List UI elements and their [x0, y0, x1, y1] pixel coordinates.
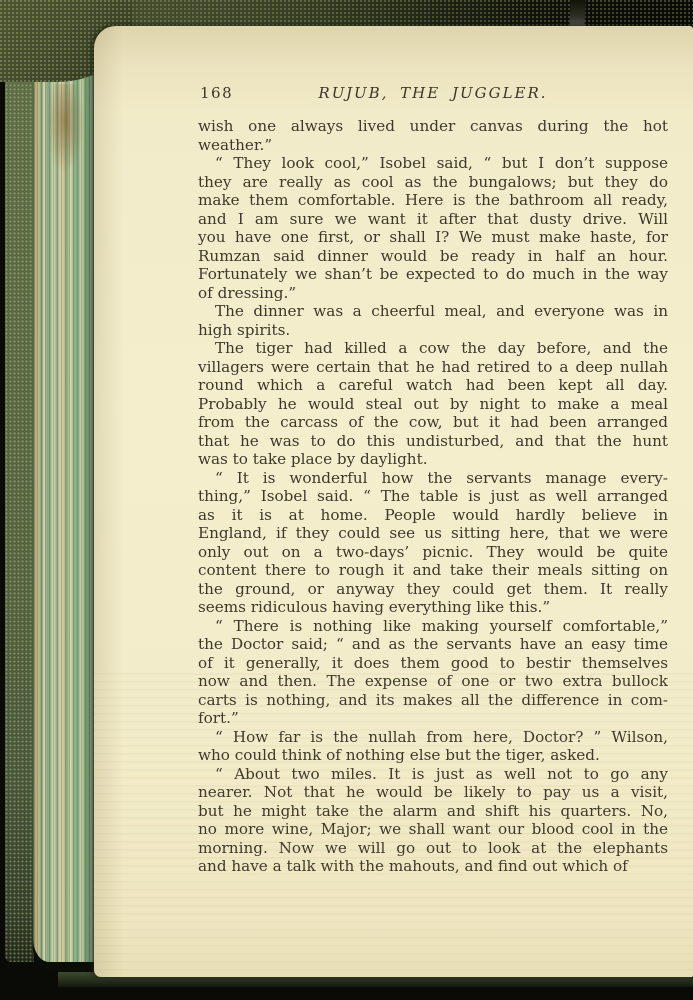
text-line: Rumzan said dinner would be ready in hal… [198, 247, 668, 266]
text-line: was to take place by daylight. [198, 450, 668, 469]
text-line: “ They look cool,” Isobel said, “ but I … [198, 154, 668, 173]
text-line: as it is at home. People would hardly be… [198, 506, 668, 525]
page-header: 168 RUJUB, THE JUGGLER. [198, 84, 668, 106]
text-line: that he was to do this undisturbed, and … [198, 432, 668, 451]
text-line: thing,” Isobel said. “ The table is just… [198, 487, 668, 506]
paragraph: “ How far is the nullah from here, Docto… [198, 728, 668, 765]
text-line: Probably he would steal out by night to … [198, 395, 668, 414]
book-spine-cloth [5, 8, 34, 962]
text-line: “ There is nothing like making yourself … [198, 617, 668, 636]
text-line: and have a talk with the mahouts, and fi… [198, 857, 668, 876]
paragraph: “ About two miles. It is just as well no… [198, 765, 668, 876]
text-line: of it generally, it does them good to be… [198, 654, 668, 673]
page-edge-stain [46, 84, 84, 176]
text-line: fort.” [198, 709, 668, 728]
text-line: The tiger had killed a cow the day befor… [198, 339, 668, 358]
text-line: villagers were certain that he had retir… [198, 358, 668, 377]
text-line: content there to rough it and take their… [198, 561, 668, 580]
text-line: no more wine, Major; we shall want our b… [198, 820, 668, 839]
text-line: wish one always lived under canvas durin… [198, 117, 668, 136]
text-line: seems ridiculous having everything like … [198, 598, 668, 617]
text-line: who could think of nothing else but the … [198, 746, 668, 765]
paragraph: wish one always lived under canvas durin… [198, 117, 668, 154]
text-line: “ About two miles. It is just as well no… [198, 765, 668, 784]
text-line: weather.” [198, 136, 668, 155]
text-line: Fortunately we shan’t be expected to do … [198, 265, 668, 284]
text-line: and I am sure we want it after that dust… [198, 210, 668, 229]
text-line: they are really as cool as the bungalows… [198, 173, 668, 192]
paragraph: The tiger had killed a cow the day befor… [198, 339, 668, 469]
text-line: England, if they could see us sitting he… [198, 524, 668, 543]
text-line: carts is nothing, and its makes all the … [198, 691, 668, 710]
text-line: make them comfortable. Here is the bathr… [198, 191, 668, 210]
text-line: the Doctor said; “ and as the servants h… [198, 635, 668, 654]
text-line: round which a careful watch had been kep… [198, 376, 668, 395]
paragraph: “ There is nothing like making yourself … [198, 617, 668, 728]
book-page: 168 RUJUB, THE JUGGLER. wish one always … [94, 26, 693, 977]
text-line: “ How far is the nullah from here, Docto… [198, 728, 668, 747]
text-line: of dressing.” [198, 284, 668, 303]
paragraph: “ They look cool,” Isobel said, “ but I … [198, 154, 668, 302]
text-line: morning. Now we will go out to look at t… [198, 839, 668, 858]
text-line: only out on a two-days’ picnic. They wou… [198, 543, 668, 562]
text-line: The dinner was a cheerful meal, and ever… [198, 302, 668, 321]
text-line: but he might take the alarm and shift hi… [198, 802, 668, 821]
text-line: high spirits. [198, 321, 668, 340]
paragraph: The dinner was a cheerful meal, and ever… [198, 302, 668, 339]
book-scan-photo: 168 RUJUB, THE JUGGLER. wish one always … [0, 0, 693, 1000]
text-line: the ground, or anyway they could get the… [198, 580, 668, 599]
text-line: from the carcass of the cow, but it had … [198, 413, 668, 432]
text-line: “ It is wonderful how the servants manag… [198, 469, 668, 488]
text-line: you have one first, or shall I? We must … [198, 228, 668, 247]
paragraph: “ It is wonderful how the servants manag… [198, 469, 668, 617]
body-text: wish one always lived under canvas durin… [198, 117, 668, 876]
text-line: nearer. Not that he would be likely to p… [198, 783, 668, 802]
running-title: RUJUB, THE JUGGLER. [198, 84, 668, 102]
text-line: now and then. The expense of one or two … [198, 672, 668, 691]
